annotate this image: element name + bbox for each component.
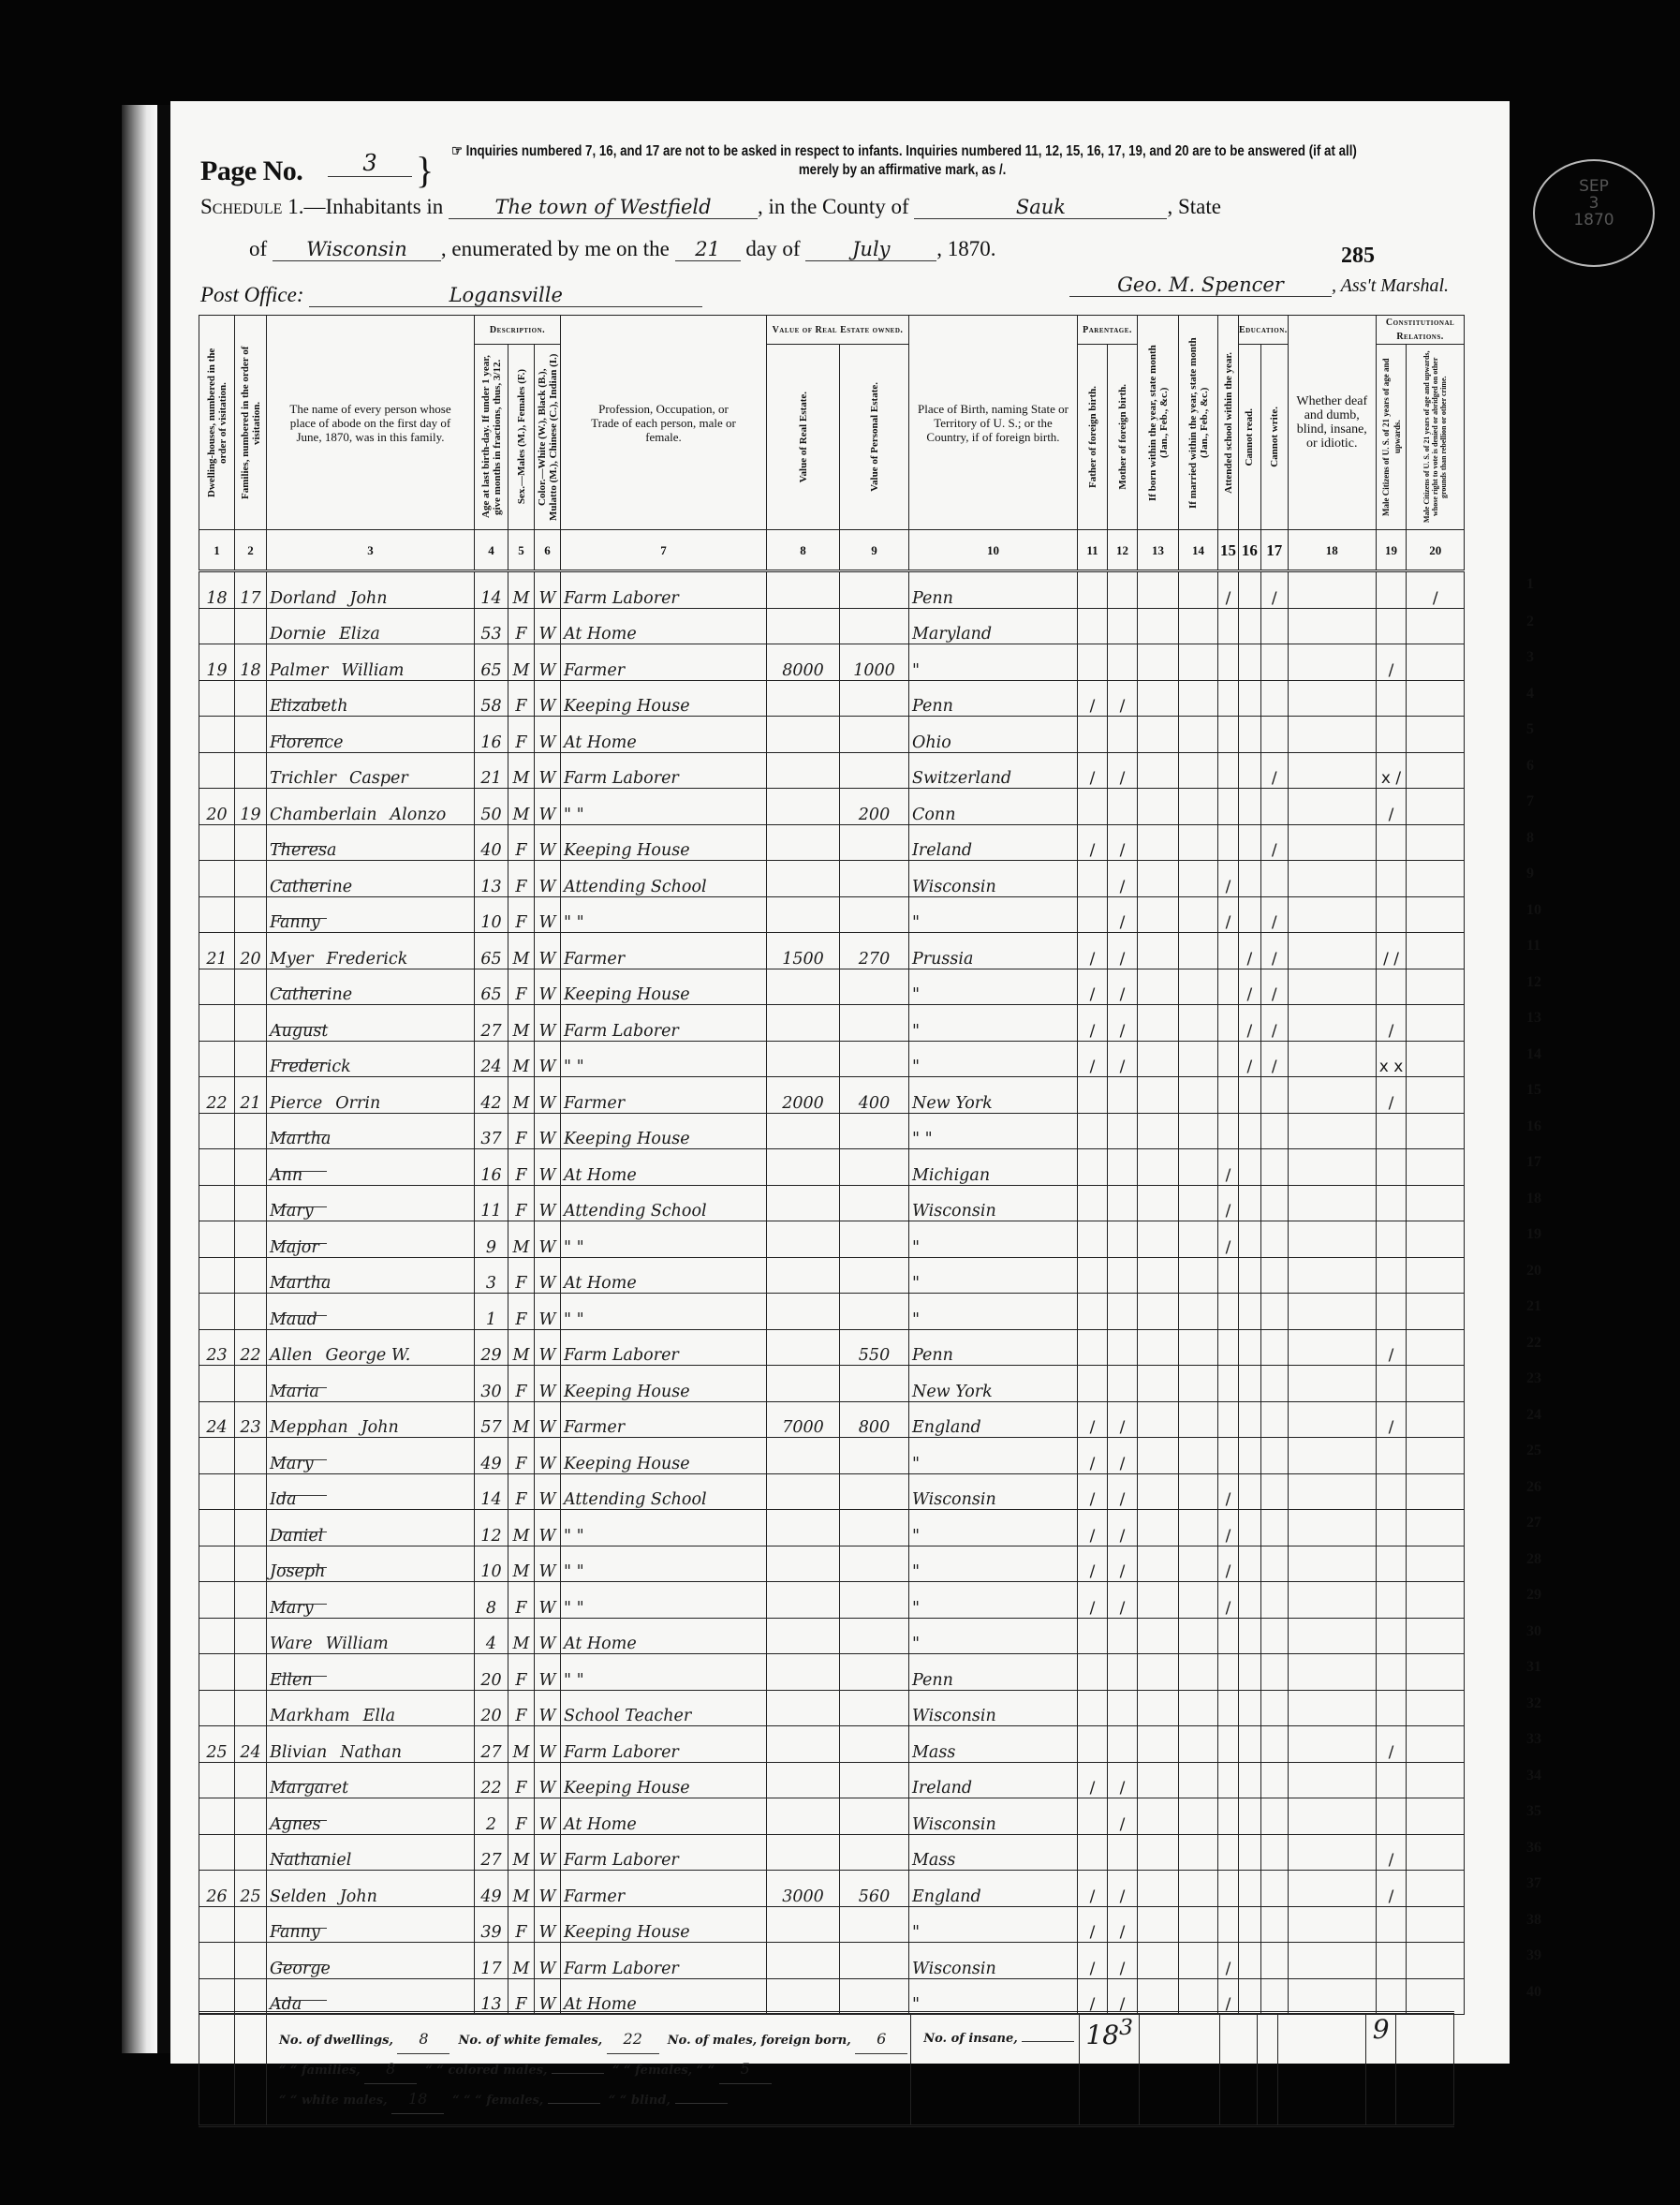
married-month <box>1179 1113 1218 1149</box>
birthplace: " <box>909 1221 1078 1258</box>
color: W <box>535 1906 561 1943</box>
colored-males-value <box>552 2073 604 2074</box>
occupation: At Home <box>561 1257 767 1294</box>
col-header-13: If born within the year, state month (Ja… <box>1138 316 1179 530</box>
vote-denied <box>1407 1221 1465 1258</box>
vote-denied <box>1407 1546 1465 1582</box>
family-number <box>235 1366 267 1402</box>
born-month <box>1138 1906 1179 1943</box>
same-surname-dash <box>278 1459 327 1460</box>
same-surname-dash <box>278 2000 327 2001</box>
cannot-read <box>1239 571 1261 609</box>
age: 65 <box>475 933 508 969</box>
age: 49 <box>475 1438 508 1474</box>
father-foreign: / <box>1078 1582 1108 1619</box>
attended-school <box>1218 752 1239 789</box>
stamp-year: 1870 <box>1535 212 1653 229</box>
attended-school <box>1218 1906 1239 1943</box>
cannot-read <box>1239 1185 1261 1221</box>
sex: M <box>508 1510 535 1546</box>
dwelling-number <box>199 1113 235 1149</box>
born-month <box>1138 1185 1179 1221</box>
family-number <box>235 1654 267 1691</box>
born-month <box>1138 1510 1179 1546</box>
line-number: 16 <box>1526 1118 1541 1135</box>
dwelling-number <box>199 824 235 861</box>
married-month <box>1179 824 1218 861</box>
age: 13 <box>475 1978 508 2015</box>
day-of-label: day of <box>745 237 800 260</box>
col-num: 6 <box>535 530 561 571</box>
county-label: , in the County of <box>758 195 909 218</box>
born-month <box>1138 969 1179 1005</box>
person-name: Nathaniel <box>267 1834 475 1871</box>
married-month <box>1179 896 1218 933</box>
col-num: 19 <box>1376 530 1407 571</box>
attended-school <box>1218 969 1239 1005</box>
attended-school <box>1218 717 1239 753</box>
color: W <box>535 1366 561 1402</box>
group-header-education: Education. <box>1239 316 1289 345</box>
color: W <box>535 717 561 753</box>
marshal-line: Geo. M. Spencer, Ass't Marshal. <box>1069 274 1449 297</box>
born-month <box>1138 1546 1179 1582</box>
col-header-10: Place of Birth, naming State or Territor… <box>909 316 1078 530</box>
born-month <box>1138 1582 1179 1619</box>
dwelling-number <box>199 1978 235 2015</box>
person-name: Mary <box>267 1438 475 1474</box>
vote-denied <box>1407 1185 1465 1221</box>
line-number: 15 <box>1526 1082 1541 1099</box>
real-estate-value <box>767 1294 840 1330</box>
sex: M <box>508 644 535 681</box>
col-header-12: Mother of foreign birth. <box>1108 345 1138 530</box>
infirmity <box>1288 680 1376 717</box>
birthplace: " <box>909 1257 1078 1294</box>
same-surname-dash <box>278 1928 327 1929</box>
family-number <box>235 752 267 789</box>
line-number: 17 <box>1526 1154 1541 1171</box>
surname: Myer <box>270 950 314 969</box>
same-surname-dash <box>278 1134 327 1135</box>
family-number <box>235 1473 267 1510</box>
col-num: 17 <box>1260 530 1288 571</box>
birthplace: " <box>909 1618 1078 1654</box>
families-value: 8 <box>364 2055 417 2084</box>
born-month <box>1138 1329 1179 1366</box>
father-foreign <box>1078 1077 1108 1114</box>
infirmity <box>1288 789 1376 825</box>
line-number: 11 <box>1526 938 1540 955</box>
cannot-read <box>1239 824 1261 861</box>
real-estate-value <box>767 1798 840 1835</box>
given-name: Catherine <box>270 878 352 896</box>
person-name: MarkhamElla <box>267 1690 475 1726</box>
real-estate-value <box>767 608 840 644</box>
father-foreign: / <box>1078 1546 1108 1582</box>
color: W <box>535 752 561 789</box>
male-citizen: / <box>1376 644 1407 681</box>
col-header-2: Families, numbered in the order of visit… <box>235 316 267 530</box>
married-month <box>1179 1185 1218 1221</box>
born-month <box>1138 1005 1179 1042</box>
mother-foreign <box>1108 1149 1138 1186</box>
personal-estate-value <box>840 1834 909 1871</box>
instructions-line-1: ☞ Inquiries numbered 7, 16, and 17 are n… <box>451 142 1353 161</box>
dwelling-number <box>199 608 235 644</box>
person-name: Elizabeth <box>267 680 475 717</box>
infirmity <box>1288 1834 1376 1871</box>
given-name: Agnes <box>270 1815 320 1834</box>
married-month <box>1179 1654 1218 1691</box>
given-name: John <box>340 1887 377 1906</box>
vote-denied <box>1407 1798 1465 1835</box>
father-foreign <box>1078 1113 1108 1149</box>
color: W <box>535 1149 561 1186</box>
dwelling-number: 20 <box>199 789 235 825</box>
cannot-read <box>1239 1401 1261 1438</box>
col-num: 7 <box>561 530 767 571</box>
born-month <box>1138 717 1179 753</box>
father-foreign <box>1078 1221 1108 1258</box>
col-num: 8 <box>767 530 840 571</box>
same-surname-dash <box>278 1206 327 1207</box>
surname: Mepphan <box>270 1418 348 1437</box>
sex: M <box>508 1041 535 1077</box>
vote-denied <box>1407 1113 1465 1149</box>
infirmity <box>1288 1978 1376 2015</box>
table-row: Frederick24MW" ""////x x <box>199 1041 1465 1077</box>
married-month <box>1179 1329 1218 1366</box>
mother-foreign <box>1108 1077 1138 1114</box>
mother-foreign: / <box>1108 1005 1138 1042</box>
real-estate-value <box>767 1654 840 1691</box>
cannot-read: / <box>1239 1041 1261 1077</box>
occupation: " " <box>561 896 767 933</box>
real-estate-value <box>767 1906 840 1943</box>
same-surname-dash <box>278 1567 327 1568</box>
cannot-read <box>1239 1473 1261 1510</box>
attended-school: / <box>1218 1473 1239 1510</box>
surname: Dorland <box>270 589 336 608</box>
sex: M <box>508 1546 535 1582</box>
birthplace: Wisconsin <box>909 1185 1078 1221</box>
born-month <box>1138 1438 1179 1474</box>
same-surname-dash <box>278 1387 327 1388</box>
born-month <box>1138 1149 1179 1186</box>
person-name: Martha <box>267 1257 475 1294</box>
married-month <box>1179 1582 1218 1619</box>
group-header-description: Description. <box>475 316 561 345</box>
given-name: Maria <box>270 1383 319 1401</box>
instructions: ☞ Inquiries numbered 7, 16, and 17 are n… <box>451 142 1353 180</box>
line-number: 2 <box>1526 614 1534 630</box>
birthplace: Penn <box>909 680 1078 717</box>
vote-denied <box>1407 933 1465 969</box>
infirmity <box>1288 1690 1376 1726</box>
given-name: Mary <box>270 1202 314 1221</box>
married-month <box>1179 1762 1218 1798</box>
line-number: 18 <box>1526 1191 1541 1207</box>
dwelling-number: 19 <box>199 644 235 681</box>
cannot-read <box>1239 1438 1261 1474</box>
line-number: 26 <box>1526 1479 1541 1496</box>
real-estate-value <box>767 1113 840 1149</box>
cannot-read <box>1239 1546 1261 1582</box>
surname: Dornie <box>270 625 326 644</box>
family-number <box>235 1510 267 1546</box>
infirmity <box>1288 1726 1376 1763</box>
birthplace: " " <box>909 1113 1078 1149</box>
occupation: Keeping House <box>561 1438 767 1474</box>
sex: F <box>508 1294 535 1330</box>
dwelling-number <box>199 1041 235 1077</box>
birthplace: Ohio <box>909 717 1078 753</box>
birthplace: " <box>909 1510 1078 1546</box>
cannot-read <box>1239 717 1261 753</box>
occupation: Farmer <box>561 933 767 969</box>
vote-denied <box>1407 1906 1465 1943</box>
cannot-read: / <box>1239 1005 1261 1042</box>
table-row: Maud1FW" "" <box>199 1294 1465 1330</box>
age: 2 <box>475 1798 508 1835</box>
line-number: 38 <box>1526 1912 1541 1929</box>
personal-estate-value <box>840 1798 909 1835</box>
male-citizen <box>1376 1654 1407 1691</box>
table-row: Martha3FWAt Home" <box>199 1257 1465 1294</box>
male-citizen <box>1376 1149 1407 1186</box>
dwelling-number <box>199 1798 235 1835</box>
occupation: At Home <box>561 1618 767 1654</box>
given-name: Joseph <box>270 1562 325 1581</box>
married-month <box>1179 752 1218 789</box>
person-name: Daniel <box>267 1510 475 1546</box>
infirmity <box>1288 1294 1376 1330</box>
family-number <box>235 608 267 644</box>
cannot-write <box>1260 680 1288 717</box>
born-month <box>1138 1077 1179 1114</box>
sex: F <box>508 1798 535 1835</box>
infirmity <box>1288 1185 1376 1221</box>
age: 27 <box>475 1726 508 1763</box>
sex: F <box>508 1978 535 2015</box>
parentage-tally-a: 18 <box>1085 2020 1119 2050</box>
color: W <box>535 1113 561 1149</box>
given-name: Mary <box>270 1599 314 1618</box>
given-name: Ella <box>363 1707 395 1725</box>
cannot-write <box>1260 1943 1288 1979</box>
col-num: 16 <box>1239 530 1261 571</box>
person-name: Ann <box>267 1149 475 1186</box>
vote-denied <box>1407 1438 1465 1474</box>
born-month <box>1138 1257 1179 1294</box>
cannot-read <box>1239 789 1261 825</box>
given-name: Alonzo <box>391 806 447 824</box>
line-number: 8 <box>1526 830 1534 847</box>
mother-foreign <box>1108 1366 1138 1402</box>
mother-foreign: / <box>1108 1438 1138 1474</box>
vote-denied <box>1407 1654 1465 1691</box>
summary-section: No. of dwellings, 8 No. of white females… <box>199 2011 1454 2127</box>
age: 20 <box>475 1654 508 1691</box>
married-month <box>1179 1294 1218 1330</box>
color: W <box>535 933 561 969</box>
state-label: , State <box>1167 195 1221 218</box>
cannot-write <box>1260 1618 1288 1654</box>
occupation: At Home <box>561 1978 767 2015</box>
father-foreign <box>1078 789 1108 825</box>
occupation: Farmer <box>561 644 767 681</box>
person-name: Mary <box>267 1185 475 1221</box>
father-foreign: / <box>1078 969 1108 1005</box>
color: W <box>535 1185 561 1221</box>
dwelling-number <box>199 1690 235 1726</box>
infirmity <box>1288 1221 1376 1258</box>
same-surname-dash <box>278 1171 327 1172</box>
mother-foreign: / <box>1108 933 1138 969</box>
personal-estate-value <box>840 1149 909 1186</box>
cannot-write <box>1260 1077 1288 1114</box>
infirmity <box>1288 1257 1376 1294</box>
col-num: 4 <box>475 530 508 571</box>
surname: Selden <box>270 1887 327 1906</box>
mother-foreign: / <box>1108 861 1138 897</box>
age: 24 <box>475 1041 508 1077</box>
age: 10 <box>475 896 508 933</box>
male-citizen <box>1376 969 1407 1005</box>
surname: Chamberlain <box>270 806 377 824</box>
born-month <box>1138 824 1179 861</box>
colored-females-value <box>548 2103 600 2104</box>
group-header-real-estate: Value of Real Estate owned. <box>767 316 909 345</box>
attended-school: / <box>1218 1978 1239 2015</box>
col-num: 5 <box>508 530 535 571</box>
table-row: MarkhamElla20FWSchool TeacherWisconsin <box>199 1690 1465 1726</box>
birthplace: Wisconsin <box>909 1690 1078 1726</box>
vote-denied <box>1407 608 1465 644</box>
year-label: , 1870. <box>936 237 995 260</box>
male-citizen <box>1376 1294 1407 1330</box>
person-name: Theresa <box>267 824 475 861</box>
line-number: 39 <box>1526 1947 1541 1964</box>
col-header-15: Attended school within the year. <box>1218 316 1239 530</box>
table-row: Catherine65FWKeeping House"//// <box>199 969 1465 1005</box>
given-name: Ann <box>270 1166 302 1185</box>
families-label: “ “ families, <box>279 2064 361 2078</box>
occupation: " " <box>561 1654 767 1691</box>
age: 21 <box>475 752 508 789</box>
col-num: 12 <box>1108 530 1138 571</box>
real-estate-value: 1500 <box>767 933 840 969</box>
blind-value <box>675 2103 728 2104</box>
father-foreign <box>1078 644 1108 681</box>
vote-denied <box>1407 1690 1465 1726</box>
surname: Markham <box>270 1707 350 1725</box>
birthplace: Mass <box>909 1834 1078 1871</box>
cannot-read <box>1239 1077 1261 1114</box>
married-month <box>1179 1871 1218 1907</box>
sex: M <box>508 933 535 969</box>
cannot-read <box>1239 1762 1261 1798</box>
col-num: 3 <box>267 530 475 571</box>
table-row: Joseph10MW" ""/// <box>199 1546 1465 1582</box>
person-name: Margaret <box>267 1762 475 1798</box>
real-estate-value <box>767 1438 840 1474</box>
line-number: 4 <box>1526 686 1534 703</box>
personal-estate-value <box>840 717 909 753</box>
infirmity <box>1288 1113 1376 1149</box>
mother-foreign <box>1108 571 1138 609</box>
age: 9 <box>475 1221 508 1258</box>
age: 42 <box>475 1077 508 1114</box>
sex: F <box>508 1762 535 1798</box>
table-row: Ann16FWAt HomeMichigan/ <box>199 1149 1465 1186</box>
real-estate-value <box>767 752 840 789</box>
enumeration-line: of Wisconsin, enumerated by me on the 21… <box>249 237 996 261</box>
cannot-read <box>1239 861 1261 897</box>
family-number <box>235 1978 267 2015</box>
sex: M <box>508 1077 535 1114</box>
dwelling-number <box>199 1294 235 1330</box>
col-header-6: Color.—White (W.), Black (B.), Mulatto (… <box>535 345 561 530</box>
father-foreign <box>1078 1257 1108 1294</box>
color: W <box>535 1726 561 1763</box>
vote-denied <box>1407 1257 1465 1294</box>
person-name: Ellen <box>267 1654 475 1691</box>
born-month <box>1138 1726 1179 1763</box>
given-name: John <box>361 1418 399 1437</box>
attended-school <box>1218 1294 1239 1330</box>
male-citizen <box>1376 1943 1407 1979</box>
cannot-write: / <box>1260 1041 1288 1077</box>
sex: M <box>508 1618 535 1654</box>
color: W <box>535 1221 561 1258</box>
family-number <box>235 969 267 1005</box>
attended-school <box>1218 1366 1239 1402</box>
personal-estate-value: 400 <box>840 1077 909 1114</box>
male-citizen <box>1376 1618 1407 1654</box>
infirmity <box>1288 1473 1376 1510</box>
occupation: At Home <box>561 1149 767 1186</box>
line-number: 32 <box>1526 1695 1541 1712</box>
mother-foreign: / <box>1108 1943 1138 1979</box>
father-foreign <box>1078 1690 1108 1726</box>
family-number: 20 <box>235 933 267 969</box>
infirmity <box>1288 1366 1376 1402</box>
attended-school <box>1218 1113 1239 1149</box>
table-row: 2120MyerFrederick65MWFarmer1500270Prussi… <box>199 933 1465 969</box>
family-number: 23 <box>235 1401 267 1438</box>
sex: F <box>508 1113 535 1149</box>
family-number <box>235 1618 267 1654</box>
color: W <box>535 1510 561 1546</box>
person-name: MepphanJohn <box>267 1401 475 1438</box>
same-surname-dash <box>278 1856 327 1857</box>
table-row: WareWilliam4MWAt Home" <box>199 1618 1465 1654</box>
birthplace: Switzerland <box>909 752 1078 789</box>
real-estate-value <box>767 1943 840 1979</box>
occupation: " " <box>561 789 767 825</box>
born-month <box>1138 1366 1179 1402</box>
father-foreign <box>1078 861 1108 897</box>
vote-denied <box>1407 752 1465 789</box>
father-foreign <box>1078 896 1108 933</box>
white-females-label: No. of white females, <box>459 2034 603 2048</box>
summary-counts: No. of dwellings, 8 No. of white females… <box>267 2013 911 2126</box>
vote-denied <box>1407 1834 1465 1871</box>
given-name: Theresa <box>270 841 336 860</box>
age: 49 <box>475 1871 508 1907</box>
